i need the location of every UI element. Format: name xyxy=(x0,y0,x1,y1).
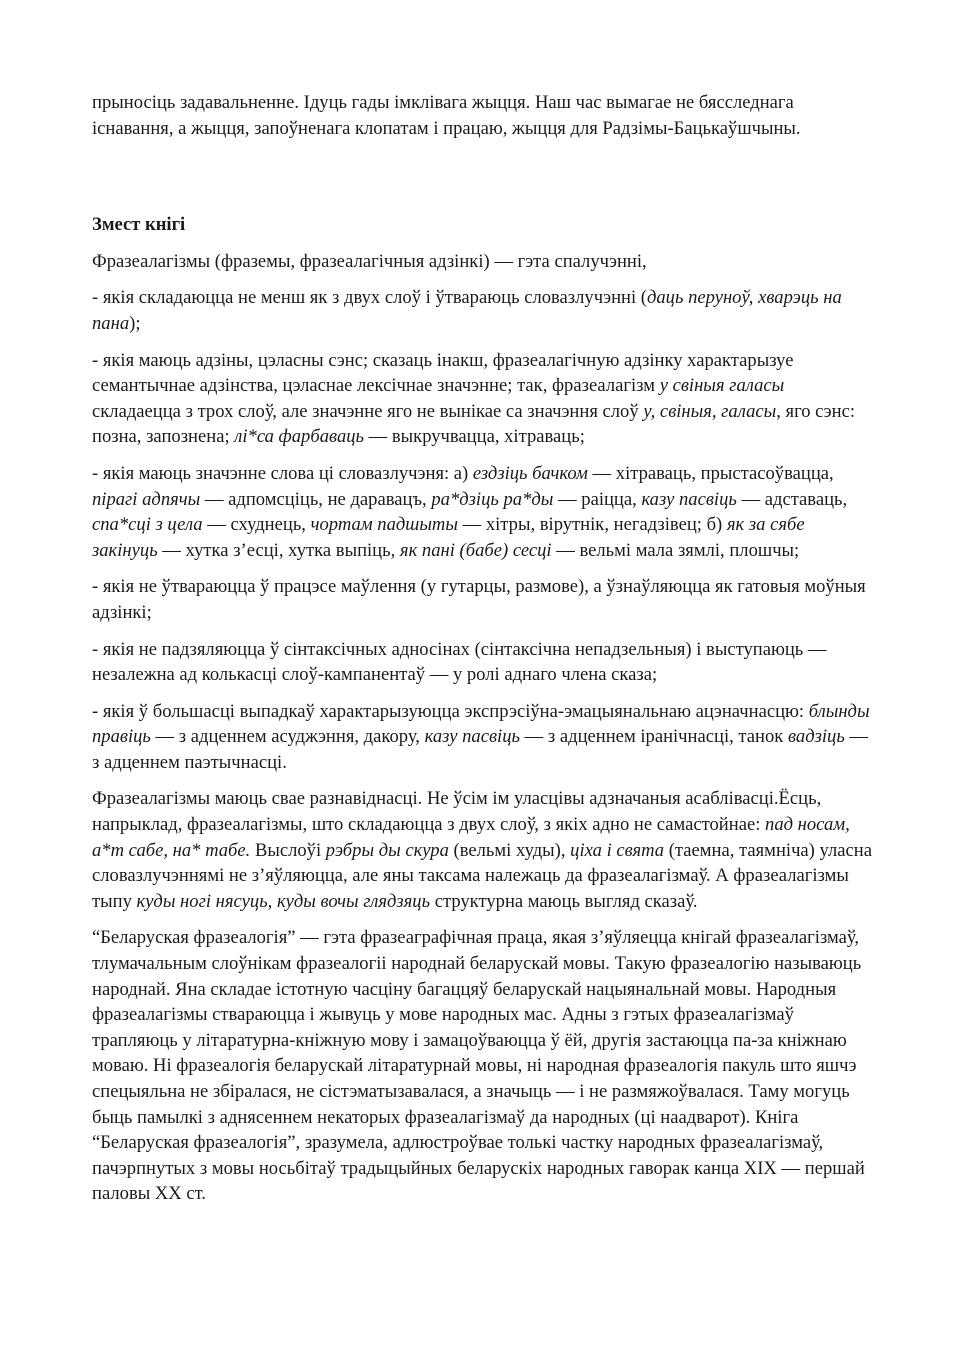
text-run: Фразеалагізмы маюць свае разнавіднасці. … xyxy=(92,788,821,835)
text-run: ); xyxy=(129,313,140,334)
text-run: — адставаць, xyxy=(737,489,847,510)
text-run: - якія ў большасці выпадкаў характарызую… xyxy=(92,701,809,722)
list-item: - якія ў большасці выпадкаў характарызую… xyxy=(92,699,872,776)
text-run: — выкручвацца, хітраваць; xyxy=(364,426,585,447)
text-run: - якія не ўтвараюцца ў працэсе маўлення … xyxy=(92,576,866,623)
phraseologism-example: вадзіць xyxy=(788,726,845,747)
list-item: - якія не ўтвараюцца ў працэсе маўлення … xyxy=(92,574,872,625)
text-run: — з адценнем іранічнасці, танок xyxy=(520,726,788,747)
phraseologism-example: казу пасвіць xyxy=(425,726,520,747)
text-run: — з адценнем асуджэння, дакору, xyxy=(151,726,425,747)
text-run: структурна маюць выгляд сказаў. xyxy=(430,891,697,912)
phraseologism-example: пірагі адпячы xyxy=(92,489,200,510)
text-run: — хітры, вірутнік, негадзівец; б) xyxy=(458,514,727,535)
phraseologism-example: у, свіныя, галасы xyxy=(643,401,776,422)
text-run: — хутка з’есці, хутка выпіць, xyxy=(158,540,400,561)
text-run: - якія складаюцца не менш як з двух слоў… xyxy=(92,287,647,308)
text-run: складаецца з трох слоў, але значэнне яго… xyxy=(92,401,643,422)
section-heading: Змест кнігі xyxy=(92,212,872,238)
phraseologism-example: спа*сці з цела xyxy=(92,514,203,535)
about-book-paragraph: “Беларуская фразеалогія” — гэта фразеагр… xyxy=(92,925,872,1207)
phraseologism-example: чортам падшыты xyxy=(311,514,458,535)
text-run: Выслоўі xyxy=(250,840,325,861)
text-run: — хітраваць, прыстасоўвацца, xyxy=(588,463,834,484)
list-item: - якія не падзяляюцца ў сінтаксічных адн… xyxy=(92,637,872,688)
text-run: - якія маюць значэнне слова ці словазлуч… xyxy=(92,463,473,484)
phraseologism-example: казу пасвіць xyxy=(641,489,736,510)
text-run: — схуднець, xyxy=(203,514,311,535)
varieties-paragraph: Фразеалагізмы маюць свае разнавіднасці. … xyxy=(92,786,872,914)
phraseologism-example: ціха і свята xyxy=(570,840,664,861)
phraseologism-example: як пані (бабе) сесці xyxy=(400,540,552,561)
definition-paragraph: Фразеалагізмы (фраземы, фразеалагічныя а… xyxy=(92,249,872,275)
text-run: — вельмі мала зямлі, плошчы; xyxy=(552,540,800,561)
text-run: (вельмі худы), xyxy=(449,840,570,861)
phraseologism-example: ездзіць бачком xyxy=(473,463,588,484)
phraseologism-example: куды ногі нясуць, куды вочы глядзяць xyxy=(137,891,431,912)
document-page: прыносіць задавальненне. Ідуць гады імкл… xyxy=(92,90,872,1218)
list-item: - якія маюць значэнне слова ці словазлуч… xyxy=(92,461,872,563)
intro-paragraph: прыносіць задавальненне. Ідуць гады імкл… xyxy=(92,90,872,141)
phraseologism-example: ра*дзіць ра*ды xyxy=(431,489,553,510)
phraseologism-example: у свіныя галасы xyxy=(660,375,785,396)
phraseologism-example: рэбры ды скура xyxy=(326,840,449,861)
text-run: — раіцца, xyxy=(553,489,641,510)
text-run: — адпомсціць, не даравацъ, xyxy=(200,489,431,510)
list-item: - якія складаюцца не менш як з двух слоў… xyxy=(92,285,872,336)
phraseologism-example: лі*са фарбаваць xyxy=(234,426,364,447)
list-item: - якія маюць адзіны, цэласны сэнс; сказа… xyxy=(92,348,872,450)
text-run: - якія не падзяляюцца ў сінтаксічных адн… xyxy=(92,639,827,686)
